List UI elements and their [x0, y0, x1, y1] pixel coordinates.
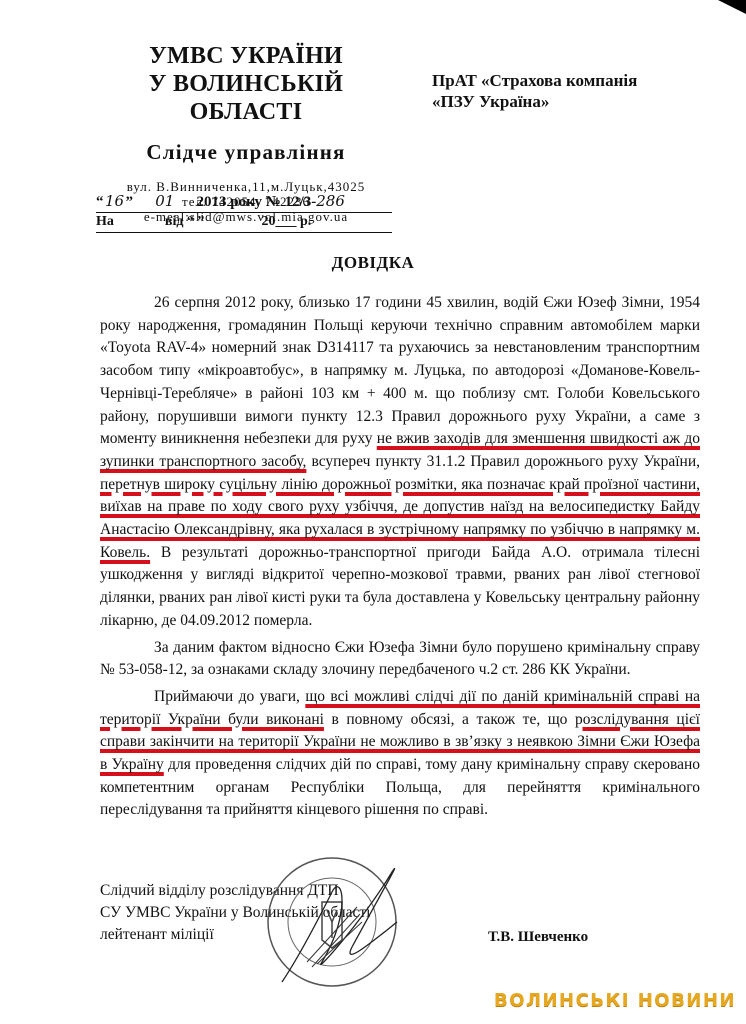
reg-number: 286 — [316, 192, 345, 210]
paragraph-2: За даним фактом відносно Єжи Юзефа Зімни… — [100, 637, 700, 682]
signer-name: Т.В. Шевченко — [488, 929, 588, 946]
department-name: Слідче управління — [96, 140, 396, 165]
watermark-logo: ВОЛИНСЬКІ НОВИНИ — [494, 990, 736, 1011]
recipient-line2: «ПЗУ Україна» — [432, 91, 637, 112]
recipient-block: ПрАТ «Страхова компанія «ПЗУ Україна» — [432, 70, 637, 112]
ref-year: 20___ р. — [261, 214, 311, 229]
official-seal-icon — [262, 852, 402, 992]
reg-day: 16 — [104, 192, 126, 210]
reference-line: На від “ ” 20___ р. — [96, 214, 392, 233]
recipient-line1: ПрАТ «Страхова компанія — [432, 70, 637, 91]
document-body: 26 серпня 2012 року, близько 17 години 4… — [100, 292, 700, 822]
reg-month: 01 — [137, 192, 193, 210]
ref-na: На — [96, 214, 114, 229]
paragraph-3: Приймаючи до уваги, що всі можливі слідч… — [100, 686, 700, 822]
ref-vid: від “ ” — [165, 214, 205, 229]
document-title: ДОВІДКА — [0, 253, 746, 273]
paragraph-1: 26 серпня 2012 року, близько 17 години 4… — [100, 292, 700, 633]
scan-corner-mark — [718, 0, 746, 14]
reg-year-text: 2013 року № 12/3- — [197, 194, 317, 210]
org-name-line2: У ВОЛИНСЬКІЙ ОБЛАСТІ — [96, 70, 396, 126]
org-name-line1: УМВС УКРАЇНИ — [96, 42, 396, 70]
registration-line: “16” 01 2013 року № 12/3-286 — [96, 192, 392, 213]
